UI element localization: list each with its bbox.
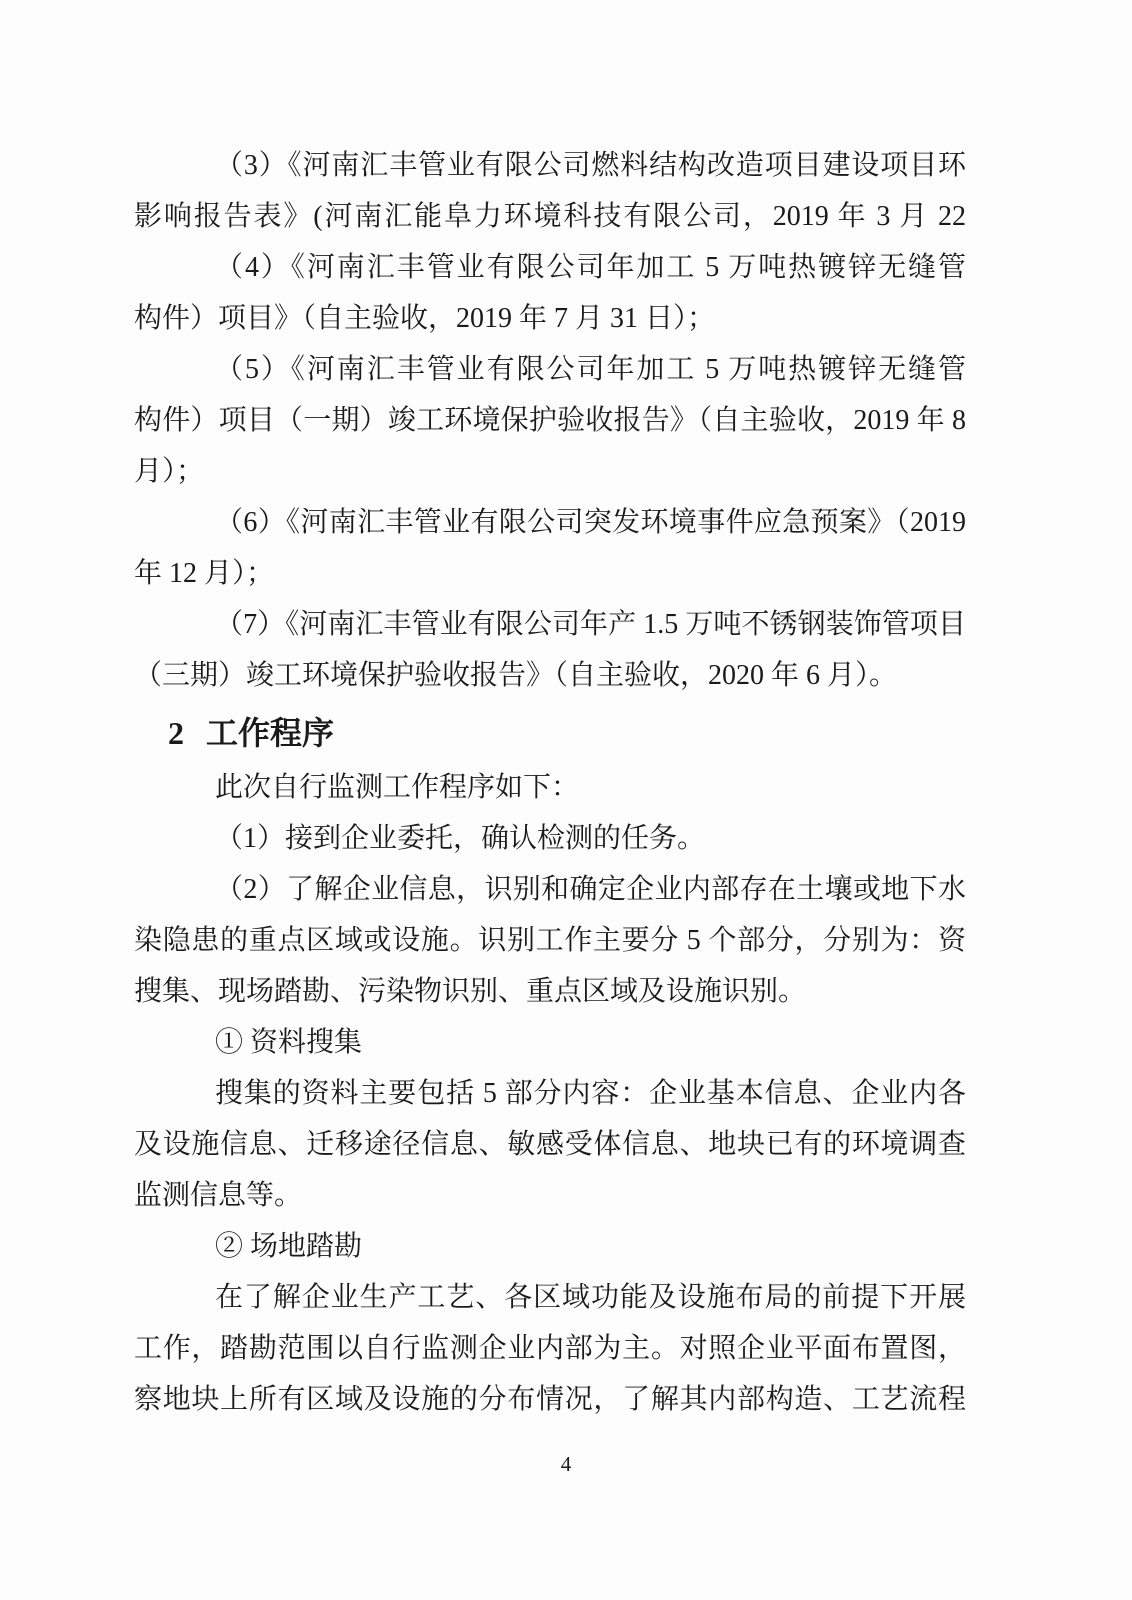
text-line: 构件）项目》（自主验收，2019 年 7 月 31 日）； — [134, 293, 966, 344]
text-line: （3）《河南汇丰管业有限公司燃料结构改造项目建设项目环境 — [134, 140, 966, 191]
text-line: ① 资料搜集 — [134, 1017, 966, 1068]
text-line: （2）了解企业信息，识别和确定企业内部存在土壤或地下水污 — [134, 864, 966, 915]
document-content: （3）《河南汇丰管业有限公司燃料结构改造项目建设项目环境影响报告表》(河南汇能阜… — [134, 140, 966, 1425]
section-title: 工作程序 — [206, 715, 334, 751]
text-line: （4）《河南汇丰管业有限公司年加工 5 万吨热镀锌无缝管（钢 — [134, 242, 966, 293]
text-line: 在了解企业生产工艺、各区域功能及设施布局的前提下开展踏勘 — [134, 1272, 966, 1323]
text-line: 搜集的资料主要包括 5 部分内容：企业基本信息、企业内各区域 — [134, 1068, 966, 1119]
section-heading: 2工作程序 — [134, 711, 966, 755]
text-line: 监测信息等。 — [134, 1170, 966, 1221]
text-line: 月）； — [134, 446, 966, 497]
text-line: （1）接到企业委托，确认检测的任务。 — [134, 813, 966, 864]
text-line: 工作，踏勘范围以自行监测企业内部为主。对照企业平面布置图，勘 — [134, 1323, 966, 1374]
text-line: （三期）竣工环境保护验收报告》（自主验收，2020 年 6 月）。 — [134, 650, 966, 701]
text-line: 察地块上所有区域及设施的分布情况，了解其内部构造、工艺流程及 — [134, 1374, 966, 1425]
document-page: （3）《河南汇丰管业有限公司燃料结构改造项目建设项目环境影响报告表》(河南汇能阜… — [0, 0, 1132, 1600]
text-line: 构件）项目（一期）竣工环境保护验收报告》（自主验收，2019 年 8 — [134, 395, 966, 446]
text-line: 搜集、现场踏勘、污染物识别、重点区域及设施识别。 — [134, 966, 966, 1017]
text-line: 此次自行监测工作程序如下： — [134, 762, 966, 813]
text-line: 及设施信息、迁移途径信息、敏感受体信息、地块已有的环境调查与 — [134, 1119, 966, 1170]
text-line: 影响报告表》(河南汇能阜力环境科技有限公司，2019 年 3 月 22 日)； — [134, 191, 966, 242]
page-number: 4 — [0, 1450, 1132, 1478]
text-line: （5）《河南汇丰管业有限公司年加工 5 万吨热镀锌无缝管（钢 — [134, 344, 966, 395]
section-number: 2 — [168, 715, 184, 751]
text-line: 年 12 月）； — [134, 548, 966, 599]
text-line: （6）《河南汇丰管业有限公司突发环境事件应急预案》（2019 — [134, 497, 966, 548]
text-line: ② 场地踏勘 — [134, 1221, 966, 1272]
text-line: 染隐患的重点区域或设施。识别工作主要分 5 个部分，分别为：资料 — [134, 915, 966, 966]
text-line: （7）《河南汇丰管业有限公司年产 1.5 万吨不锈钢装饰管项目 — [134, 599, 966, 650]
